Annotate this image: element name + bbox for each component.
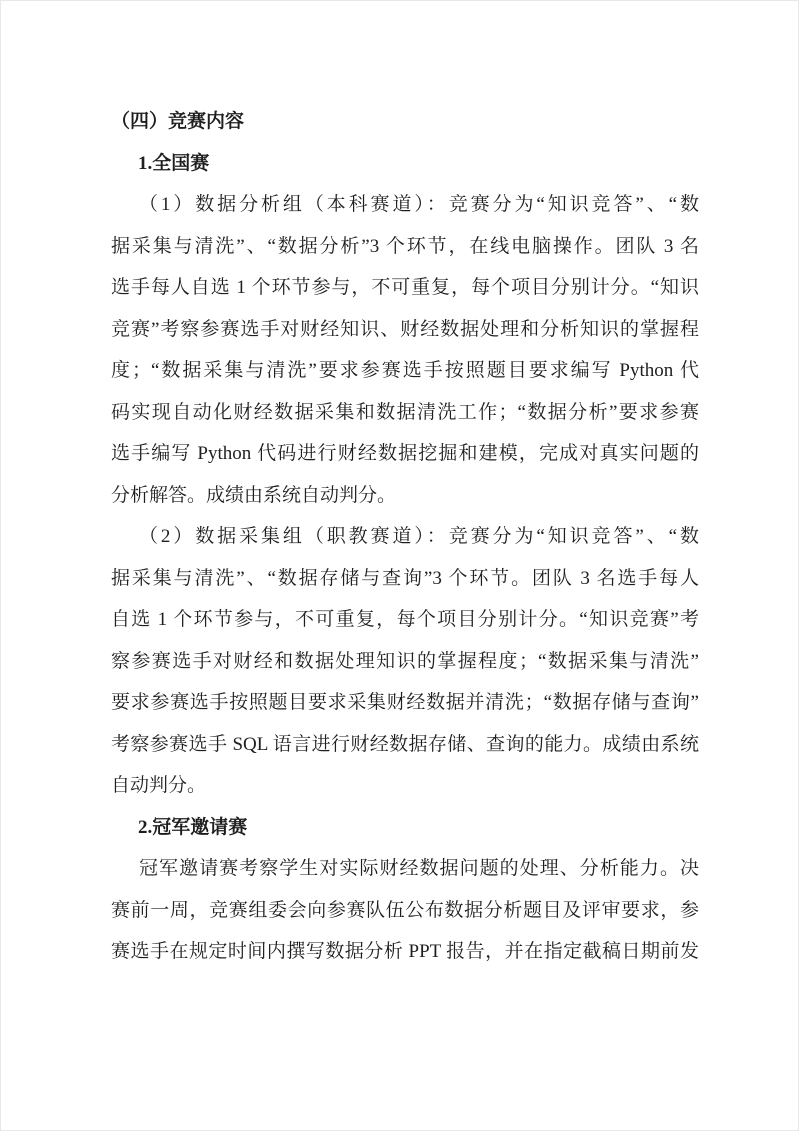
- text-line: 码实现自动化财经数据采集和数据清洗工作；“数据分析”要求参赛: [111, 392, 699, 434]
- paragraph-champion-invitational: 冠军邀请赛考察学生对实际财经数据问题的处理、分析能力。决 赛前一周，竞赛组委会向…: [111, 848, 699, 973]
- text-line: 赛选手在规定时间内撰写数据分析 PPT 报告，并在指定截稿日期前发: [111, 931, 699, 973]
- text-line: 竞赛”考察参赛选手对财经知识、财经数据处理和分析知识的掌握程: [111, 309, 699, 351]
- section-heading: （四）竞赛内容: [111, 101, 699, 143]
- text-line: 选手编写 Python 代码进行财经数据挖掘和建模，完成对真实问题的: [111, 433, 699, 475]
- text-line: 要求参赛选手按照题目要求采集财经数据并清洗；“数据存储与查询”: [111, 682, 699, 724]
- text-line: 自选 1 个环节参与，不可重复，每个项目分别计分。“知识竞赛”考: [111, 599, 699, 641]
- text-line: （2）数据采集组（职教赛道）：竞赛分为“知识竞答”、“数: [111, 516, 699, 558]
- text-line: （1）数据分析组（本科赛道）：竞赛分为“知识竞答”、“数: [111, 184, 699, 226]
- text-line: 冠军邀请赛考察学生对实际财经数据问题的处理、分析能力。决: [111, 848, 699, 890]
- text-line: 选手每人自选 1 个环节参与，不可重复，每个项目分别计分。“知识: [111, 267, 699, 309]
- paragraph-data-analysis-track: （1）数据分析组（本科赛道）：竞赛分为“知识竞答”、“数 据采集与清洗”、“数据…: [111, 184, 699, 516]
- text-line: 自动判分。: [111, 765, 699, 807]
- text-line: 分析解答。成绩由系统自动判分。: [111, 475, 699, 517]
- subsection-heading-national: 1.全国赛: [138, 143, 699, 185]
- text-line: 度；“数据采集与清洗”要求参赛选手按照题目要求编写 Python 代: [111, 350, 699, 392]
- text-line: 赛前一周，竞赛组委会向参赛队伍公布数据分析题目及评审要求，参: [111, 890, 699, 932]
- subsection-heading-champion-invitational: 2.冠军邀请赛: [138, 807, 699, 849]
- text-line: 考察参赛选手 SQL 语言进行财经数据存储、查询的能力。成绩由系统: [111, 724, 699, 766]
- text-line: 察参赛选手对财经和数据处理知识的掌握程度；“数据采集与清洗”: [111, 641, 699, 683]
- text-line: 据采集与清洗”、“数据存储与查询”3 个环节。团队 3 名选手每人: [111, 558, 699, 600]
- text-line: 据采集与清洗”、“数据分析”3 个环节，在线电脑操作。团队 3 名: [111, 226, 699, 268]
- document-page: （四）竞赛内容 1.全国赛 （1）数据分析组（本科赛道）：竞赛分为“知识竞答”、…: [0, 0, 799, 1131]
- paragraph-data-collection-track: （2）数据采集组（职教赛道）：竞赛分为“知识竞答”、“数 据采集与清洗”、“数据…: [111, 516, 699, 807]
